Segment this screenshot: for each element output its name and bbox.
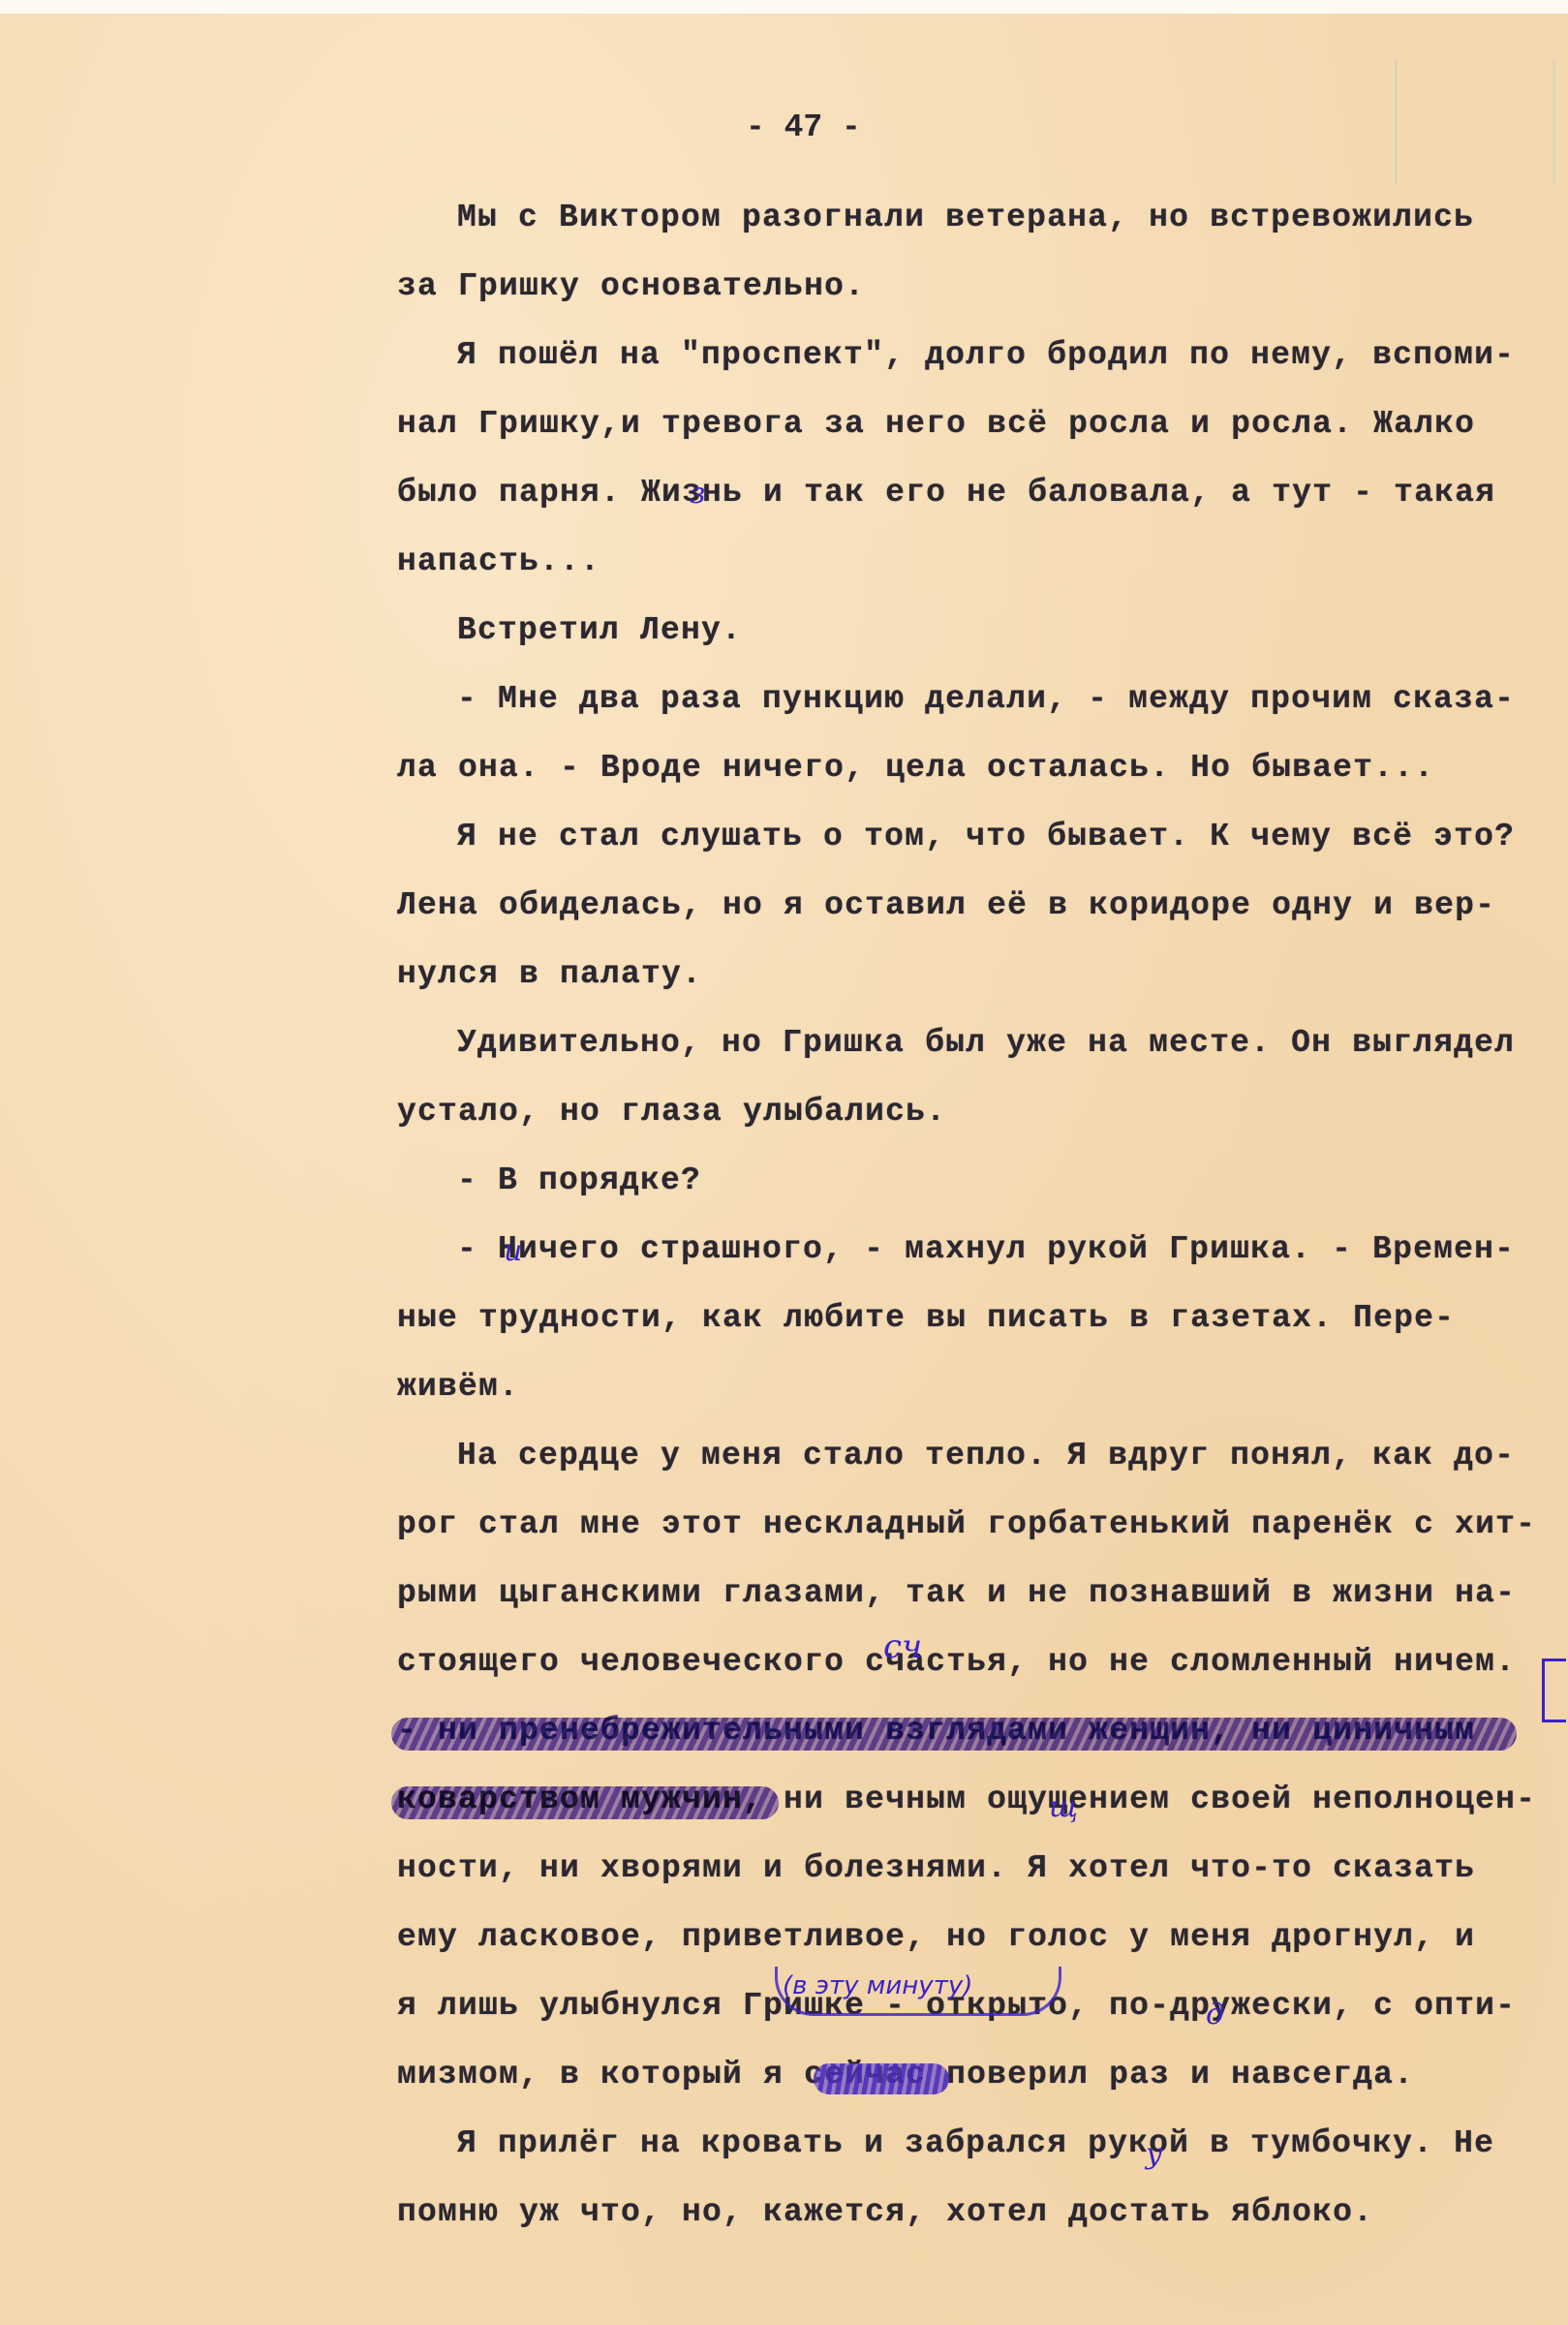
text-line: помню уж что, но, кажется, хотел достать… (397, 2193, 1373, 2232)
text-line: Я пошёл на "проспект", долго бродил по н… (457, 336, 1515, 375)
margin-correction-mark (1542, 1658, 1566, 1722)
text-line: - Мне два раза пункцию делали, - между п… (457, 680, 1515, 719)
correction-z: з (690, 477, 705, 511)
text-line: устало, но глаза улыбались. (397, 1093, 946, 1131)
text-line: напасть... (397, 542, 600, 581)
scan-top-edge (0, 0, 1568, 14)
text-line: Лена обиделась, но я оставил её в коридо… (397, 886, 1495, 925)
text-line: рыми цыганскими глазами, так и не познав… (397, 1574, 1516, 1613)
correction-sch: сч (883, 1627, 922, 1666)
text-line: живём. (397, 1368, 519, 1407)
strikethrough-scribble-2 (391, 1786, 779, 1819)
correction-shch: щ (1049, 1790, 1078, 1824)
text-line: нал Гришку,и тревога за него всё росла и… (397, 405, 1475, 444)
text-line: Удивительно, но Гришка был уже на месте.… (457, 1024, 1515, 1063)
correction-u: у (1146, 2137, 1162, 2171)
text-line: Встретил Лену. (457, 611, 742, 650)
text-line: - Ничего страшного, - махнул рукой Гришк… (457, 1230, 1515, 1269)
correction-d: д (1206, 1998, 1224, 2031)
text-line: - В порядке? (457, 1162, 701, 1200)
text-line: ла она. - Вроде ничего, цела осталась. Н… (397, 749, 1434, 788)
text-line: Я прилёг на кровать и забрался рукой в т… (457, 2124, 1494, 2163)
bleed-through-mark (1395, 58, 1555, 184)
text-line: ности, ни хворями и болезнями. Я хотел ч… (397, 1849, 1475, 1888)
handwritten-insertion: (в эту минуту) (783, 1971, 972, 2000)
strikethrough-scribble-1 (391, 1718, 1517, 1751)
text-line: было парня. Жизнь и так его не баловала,… (397, 474, 1495, 512)
text-line: ные трудности, как любите вы писать в га… (397, 1299, 1455, 1338)
text-line: Мы с Виктором разогнали ветерана, но вст… (457, 199, 1474, 237)
struck-word-scribble (814, 2063, 949, 2094)
text-line: за Гришку основательно. (397, 267, 865, 306)
text-line: ему ласковое, приветливое, но голос у ме… (397, 1918, 1475, 1957)
correction-i: и (504, 1234, 522, 1268)
text-line: Я не стал слушать о том, что бывает. К ч… (457, 818, 1515, 856)
text-line: рог стал мне этот нескладный горбатеньки… (397, 1505, 1536, 1544)
text-line: На сердце у меня стало тепло. Я вдруг по… (457, 1437, 1515, 1475)
page-number: - 47 - (746, 109, 861, 145)
text-line: нулся в палату. (397, 955, 702, 994)
text-line: стоящего человеческого счастья, но не сл… (397, 1643, 1516, 1682)
